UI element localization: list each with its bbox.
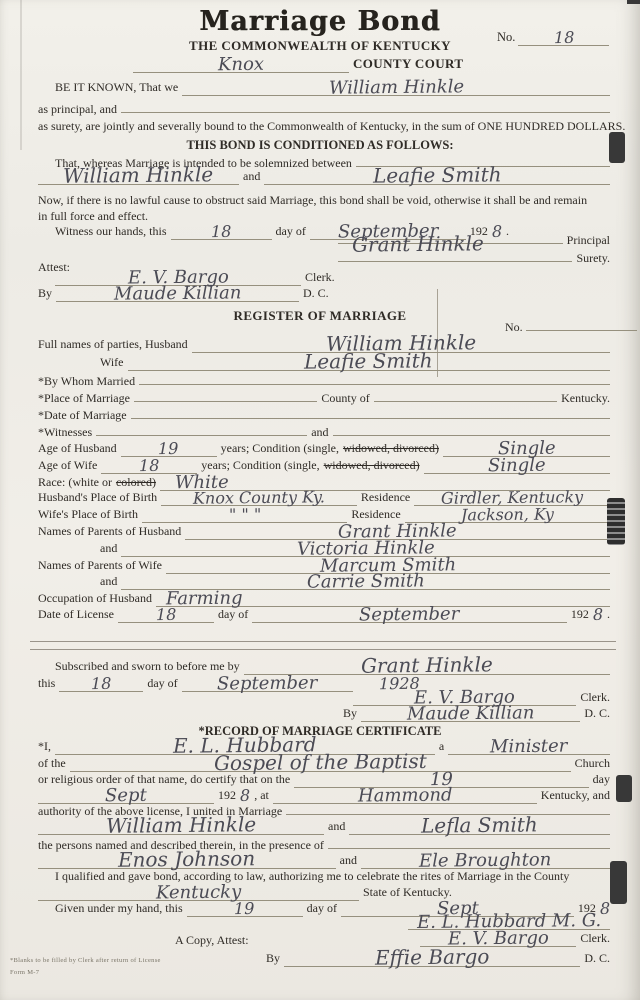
surety-name-field xyxy=(121,112,610,113)
sworn-month-value: September xyxy=(217,678,317,688)
deputy-signature-field: Maude Killian xyxy=(56,286,299,302)
cert-month-field: Sept xyxy=(38,788,214,804)
condition-prefix-husband: years; Condition (single, xyxy=(221,441,339,456)
place-label: *Place of Marriage xyxy=(38,391,130,406)
presence-field xyxy=(328,848,610,849)
parents-husband-label: Names of Parents of Husband xyxy=(38,524,181,539)
sworn-this-label: this xyxy=(38,676,55,691)
place-of-marriage-row: *Place of Marriage County of Kentucky. xyxy=(38,391,610,406)
register-husband-value: William Hinkle xyxy=(326,337,476,349)
cert-day-word: day xyxy=(593,772,610,787)
husband-mother-value: Victoria Hinkle xyxy=(297,543,435,553)
county-state-row: Kentucky State of Kentucky. xyxy=(38,885,610,901)
county-court-label: COUNTY COURT xyxy=(353,56,463,72)
cert-month-value: Sept xyxy=(105,791,147,800)
county-court-row: Knox COUNTY COURT xyxy=(38,56,610,73)
surety-label-row: Surety. xyxy=(38,251,610,266)
order-name-field: Gospel of the Baptist xyxy=(70,755,571,772)
age-wife-row: Age of Wife 18 years; Condition (single,… xyxy=(38,458,610,474)
surety-signature-line xyxy=(338,261,572,262)
condition-struck-wife: widowed, divorced) xyxy=(324,458,420,473)
license-label: Date of License xyxy=(38,607,114,622)
lawful-cause-text-2: in full force and effect. xyxy=(38,209,148,224)
principal-signature-value: Grant Hinkle xyxy=(352,238,484,249)
conditioned-heading: THIS BOND IS CONDITIONED AS FOLLOWS: xyxy=(0,138,640,153)
sworn-deputy-value: Maude Killian xyxy=(407,708,535,718)
wife-birth-ditto: " " " xyxy=(228,511,260,519)
section-divider-1 xyxy=(30,641,616,642)
a-label: a xyxy=(439,739,444,754)
copy-clerk-row: E. V. Bargo Clerk. xyxy=(38,931,610,947)
marriage-bond-document: Marriage Bond No. 18 THE COMMONWEALTH OF… xyxy=(0,0,640,1000)
lawful-cause-text-1: Now, if there is no lawful cause to obst… xyxy=(38,193,587,208)
wife-birth-label: Wife's Place of Birth xyxy=(38,507,138,522)
cert-witnesses-row: Enos Johnson and Ele Broughton xyxy=(38,852,610,869)
condition-wife-field: Single xyxy=(424,458,610,474)
principal-name-field: William Hinkle xyxy=(182,80,610,96)
cert-at-label: , at xyxy=(254,788,269,803)
husband-residence-field: Girdler, Kentucky xyxy=(414,490,610,506)
cert-year-digit: 8 xyxy=(240,792,250,800)
date-of-marriage-field xyxy=(131,418,610,419)
sworn-day-of-label: day of xyxy=(147,676,177,691)
wife-father-value: Marcum Smith xyxy=(320,560,456,570)
qualified-row: I qualified and gave bond, according to … xyxy=(38,869,610,884)
condition-husband-value: Single xyxy=(498,444,556,454)
full-names-label: Full names of parties, Husband xyxy=(38,337,188,352)
groom-name-field: William Hinkle xyxy=(38,168,239,185)
of-the-label: of the xyxy=(38,756,66,771)
by-whom-label: *By Whom Married xyxy=(38,374,135,389)
bride-name-field: Leafie Smith xyxy=(264,168,610,185)
sworn-deputy-field: Maude Killian xyxy=(361,706,580,722)
copy-deputy-field: Effie Bargo xyxy=(284,950,580,967)
witnesses-and-label: and xyxy=(311,425,328,440)
given-year-digit: 8 xyxy=(600,905,610,913)
husband-birth-value: Knox County Ky. xyxy=(193,493,325,502)
cert-groom-field: William Hinkle xyxy=(38,818,324,835)
as-principal-label: as principal, and xyxy=(38,102,117,117)
copy-by-label: By xyxy=(266,951,280,966)
race-value: White xyxy=(175,478,229,488)
principal-name-value: William Hinkle xyxy=(329,82,464,92)
wife-mother-row: and Carrie Smith xyxy=(38,574,610,590)
copy-deputy-value: Effie Bargo xyxy=(375,951,489,962)
footnote-line-2: Form M-7 xyxy=(10,969,39,976)
register-wife-label: Wife xyxy=(100,355,124,370)
i-label: *I, xyxy=(38,739,51,754)
husband-father-value: Grant Hinkle xyxy=(338,526,457,536)
register-number-label: No. xyxy=(505,320,523,335)
minister-name-value: E. L. Hubbard xyxy=(173,739,317,751)
husband-mother-row: and Victoria Hinkle xyxy=(38,541,610,557)
occupation-label: Occupation of Husband xyxy=(38,591,152,606)
minister-title-field: Minister xyxy=(448,739,610,755)
subscribed-row: Subscribed and sworn to before me by Gra… xyxy=(38,658,610,675)
register-wife-row: Wife Leafie Smith xyxy=(38,354,610,371)
age-husband-label: Age of Husband xyxy=(38,441,117,456)
age-husband-value: 19 xyxy=(158,445,178,453)
footnote-line-1: *Blanks to be filled by Clerk after retu… xyxy=(10,957,161,964)
county-of-label: County of xyxy=(321,391,369,406)
register-wife-field: Leafie Smith xyxy=(128,354,610,371)
sworn-deputy-row: By Maude Killian D. C. xyxy=(38,706,610,722)
sworn-clerk-value: E. V. Bargo xyxy=(414,692,515,702)
license-day-of-label: day of xyxy=(218,607,248,622)
husband-residence-label: Residence xyxy=(361,490,410,505)
husband-birth-label: Husband's Place of Birth xyxy=(38,490,157,505)
surety-clause-row: as surety, are jointly and severally bou… xyxy=(38,119,610,134)
copy-clerk-label: Clerk. xyxy=(580,931,610,946)
sworn-name-value: Grant Hinkle xyxy=(361,659,493,670)
binder-mark-4 xyxy=(610,861,627,904)
wife-mother-value: Carrie Smith xyxy=(307,576,425,586)
wife-birth-field: " " " xyxy=(142,507,347,523)
county-name-value: Knox xyxy=(218,60,264,69)
license-year-digit: 8 xyxy=(593,611,603,619)
cert-and-label: and xyxy=(328,819,345,834)
date-of-marriage-label: *Date of Marriage xyxy=(38,408,127,423)
surety-clause-text: as surety, are jointly and severally bou… xyxy=(38,119,625,134)
cert-witness-2-value: Ele Broughton xyxy=(419,855,551,865)
husband-residence-value: Girdler, Kentucky xyxy=(441,493,583,502)
register-wife-value: Leafie Smith xyxy=(304,355,433,366)
deputy-signature-row: By Maude Killian D. C. xyxy=(38,286,610,302)
subscribed-label: Subscribed and sworn to before me by xyxy=(55,659,240,674)
principal-label: Principal xyxy=(567,233,610,248)
sworn-by-label: By xyxy=(343,706,357,721)
license-date-row: Date of License 18 day of September 1928… xyxy=(38,607,610,623)
age-wife-value: 18 xyxy=(139,462,159,470)
by-whom-row: *By Whom Married xyxy=(38,374,610,389)
register-number-row: No. xyxy=(505,320,637,335)
cert-year-printed: 192 xyxy=(218,788,236,803)
given-day-value: 19 xyxy=(234,905,254,913)
qualified-line-text: I qualified and gave bond, according to … xyxy=(55,869,569,884)
wife-mother-and-label: and xyxy=(100,574,117,589)
binder-mark-2 xyxy=(607,498,625,545)
couple-names-row: William Hinkle and Leafie Smith xyxy=(38,168,610,185)
by-whom-field xyxy=(139,384,610,385)
minister-signature-value: E. L. Hubbard M. G. xyxy=(417,916,601,927)
county-name-field: Knox xyxy=(133,57,349,73)
and-label: and xyxy=(243,169,260,184)
wife-birth-row: Wife's Place of Birth " " " Residence Ja… xyxy=(38,507,610,523)
cert-day-value: 19 xyxy=(430,775,453,784)
cert-county-field: Kentucky xyxy=(38,885,359,901)
cert-witness-1-field: Enos Johnson xyxy=(38,852,336,869)
church-label: Church xyxy=(575,756,610,771)
race-struck-label: colored) xyxy=(116,475,156,490)
scan-edge-mark xyxy=(627,0,640,4)
cert-groom-value: William Hinkle xyxy=(106,819,256,831)
wife-residence-label: Residence xyxy=(351,507,400,522)
groom-name-value: William Hinkle xyxy=(63,169,213,181)
race-prefix-label: Race: (white or xyxy=(38,475,112,490)
minister-title-value: Minister xyxy=(490,742,567,752)
cert-bride-value: Lefla Smith xyxy=(421,819,538,830)
sworn-day-value: 18 xyxy=(91,680,111,688)
license-day-value: 18 xyxy=(156,611,176,619)
occupation-value: Farming xyxy=(166,594,243,604)
cert-witnesses-and-label: and xyxy=(340,853,357,868)
lawful-cause-row-1: Now, if there is no lawful cause to obst… xyxy=(38,193,610,208)
commonwealth-heading: THE COMMONWEALTH OF KENTUCKY xyxy=(0,38,640,54)
license-year-suffix: . xyxy=(607,607,610,622)
order-name-value: Gospel of the Baptist xyxy=(214,756,427,768)
date-of-marriage-row: *Date of Marriage xyxy=(38,408,610,423)
clerk-signature-value: E. V. Bargo xyxy=(128,272,229,282)
be-it-known-label: BE IT KNOWN, That we xyxy=(55,80,178,95)
husband-birth-field: Knox County Ky. xyxy=(161,490,357,506)
cert-month-row: Sept 1928 , at Hammond Kentucky, and xyxy=(38,788,610,804)
witness-2-field xyxy=(333,435,610,436)
license-month-field: September xyxy=(252,607,567,623)
by-label: By xyxy=(38,286,52,301)
sworn-dc-label: D. C. xyxy=(584,706,610,721)
church-row: of the Gospel of the Baptist Church xyxy=(38,755,610,772)
condition-prefix-wife: years; Condition (single, xyxy=(201,458,319,473)
clerk-label: Clerk. xyxy=(305,270,335,285)
witness-1-field xyxy=(96,435,307,436)
license-month-value: September xyxy=(359,609,459,619)
condition-struck-husband: widowed, divorced) xyxy=(343,441,439,456)
copy-dc-label: D. C. xyxy=(584,951,610,966)
cert-couple-row: William Hinkle and Lefla Smith xyxy=(38,818,610,835)
cert-bride-field: Lefla Smith xyxy=(349,818,610,835)
dc-label: D. C. xyxy=(303,286,329,301)
place-field xyxy=(134,401,317,402)
bride-name-value: Leafie Smith xyxy=(373,169,502,180)
binder-mark-3 xyxy=(616,775,632,802)
lawful-cause-row-2: in full force and effect. xyxy=(38,209,610,224)
as-principal-row: as principal, and xyxy=(38,102,610,117)
deputy-signature-value: Maude Killian xyxy=(114,288,242,298)
husband-birth-row: Husband's Place of Birth Knox County Ky.… xyxy=(38,490,610,506)
cert-place-field: Hammond xyxy=(273,788,537,804)
wife-residence-value: Jackson, Ky xyxy=(461,511,554,520)
license-day-field: 18 xyxy=(118,607,214,623)
husband-mother-and-label: and xyxy=(100,541,117,556)
binder-mark-1 xyxy=(609,132,625,163)
cert-kentucky-and-label: Kentucky, and xyxy=(541,788,610,803)
copy-clerk-value: E. V. Bargo xyxy=(448,933,549,943)
register-number-field xyxy=(526,330,637,331)
certify-line-text: or religious order of that name, do cert… xyxy=(38,772,290,787)
surety-label: Surety. xyxy=(576,251,610,266)
age-husband-field: 19 xyxy=(121,441,217,457)
cert-witness-2-field: Ele Broughton xyxy=(361,853,610,869)
witnesses-label: *Witnesses xyxy=(38,425,92,440)
cert-witness-1-value: Enos Johnson xyxy=(118,853,255,864)
section-divider-2 xyxy=(30,649,616,650)
county-field xyxy=(374,401,557,402)
sworn-clerk-label: Clerk. xyxy=(580,690,610,705)
occupation-row: Occupation of Husband Farming xyxy=(38,591,610,607)
cert-county-value: Kentucky xyxy=(156,888,241,898)
license-year-printed: 192 xyxy=(571,607,589,622)
kentucky-label: Kentucky. xyxy=(561,391,610,406)
be-it-known-row: BE IT KNOWN, That we William Hinkle xyxy=(38,80,610,96)
age-wife-label: Age of Wife xyxy=(38,458,97,473)
condition-wife-value: Single xyxy=(488,461,546,471)
cert-place-value: Hammond xyxy=(358,791,453,801)
principal-label-row: Principal xyxy=(38,233,610,248)
parents-wife-label: Names of Parents of Wife xyxy=(38,558,162,573)
